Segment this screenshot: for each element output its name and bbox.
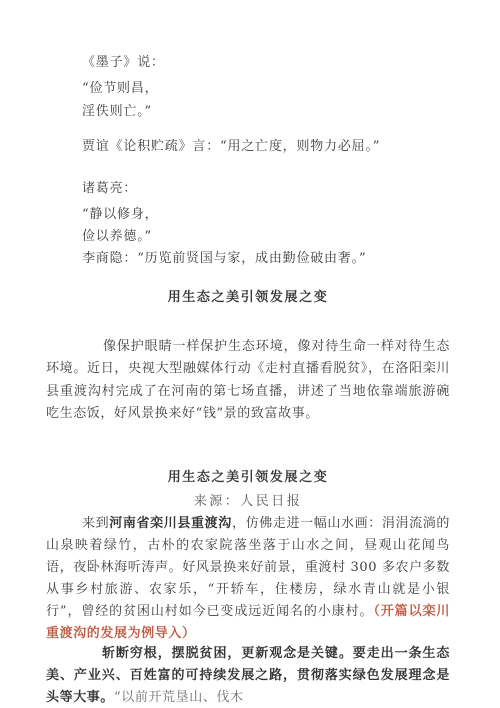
zhugeliang-quote-line-1: “静以修身， xyxy=(82,204,450,226)
lishangyin-quote: 李商隐：“历览前贤国与家，成由勤俭破由奢。” xyxy=(82,248,450,270)
zhugeliang-quote-line-2: 俭以养德。” xyxy=(82,226,450,248)
mozi-quote-line-2: 淫佚则亡。” xyxy=(82,101,450,123)
mozi-attribution: 《墨子》说： xyxy=(82,52,450,74)
zhugeliang-attribution: 诸葛亮： xyxy=(82,178,450,200)
paragraph2-quote-start: “以前开荒垦山、伐木 xyxy=(114,690,244,705)
classical-quotes-section: 《墨子》说： “俭节则昌， 淫佚则亡。” 贾谊《论积贮疏》言：“用之亡度，则物力… xyxy=(46,52,450,270)
article-paragraph-1: 来到河南省栾川县重渡沟，仿佛走进一幅山水画：涓涓流淌的山泉映着绿竹，古朴的农家院… xyxy=(46,513,450,645)
paragraph2-bold-text: 斩断穷根，摆脱贫困，更新观念是关键。要走出一条生态美、产业兴、百姓富的可持续发展… xyxy=(46,646,450,705)
document-page: 《墨子》说： “俭节则昌， 淫佚则亡。” 贾谊《论积贮疏》言：“用之亡度，则物力… xyxy=(0,0,500,708)
preview-paragraph: 像保护眼睛一样保护生态环境，像对待生命一样对待生态环境。近日，央视大型融媒体行动… xyxy=(46,336,450,426)
mozi-quote-line-1: “俭节则昌， xyxy=(82,78,450,100)
paragraph1-place-name-bold: 河南省栾川县重渡沟 xyxy=(109,516,232,531)
article-paragraph-2: 斩断穷根，摆脱贫困，更新观念是关键。要走出一条生态美、产业兴、百姓富的可持续发展… xyxy=(46,643,450,708)
paragraph1-lead-text: 来到 xyxy=(82,516,109,531)
article-source: 来源：人民日报 xyxy=(46,491,450,513)
preview-article-title: 用生态之美引领发展之变 xyxy=(46,287,450,309)
jiayi-quote: 贾谊《论积贮疏》言：“用之亡度，则物力必屈。” xyxy=(82,136,450,158)
article-title: 用生态之美引领发展之变 xyxy=(46,467,450,489)
